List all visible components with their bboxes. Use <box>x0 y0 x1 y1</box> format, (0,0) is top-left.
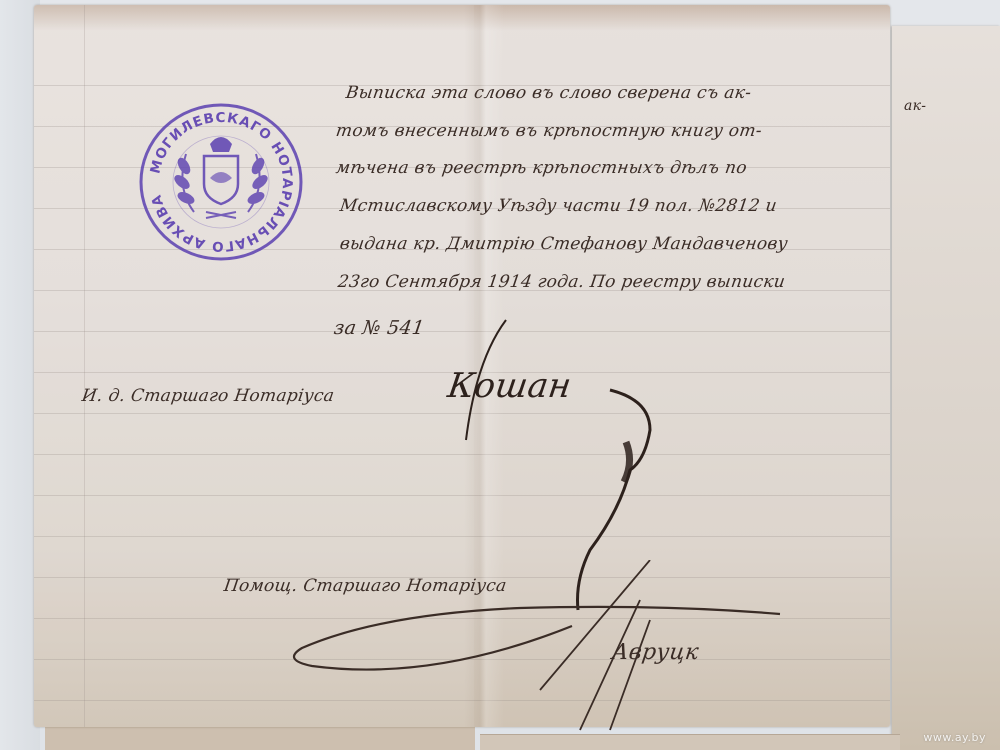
text-line-3: мѣчена въ реестрѣ крѣпостныхъ дѣлъ по <box>335 158 749 178</box>
text-line-7: за № 541 <box>332 317 426 339</box>
watermark: www.ay.by <box>923 731 986 744</box>
margin-line <box>84 5 85 727</box>
text-line-5: выдана кр. Дмитрію Стефанову Мандавченов… <box>339 234 790 254</box>
text-line-2: томъ внесеннымъ въ крѣпостную книгу от- <box>335 121 764 141</box>
signature-title-1: И. д. Старшаго Нотаріуса <box>81 386 336 406</box>
stamp-seal-icon: МОГИЛЕВСКАГО НОТАРІАЛЬНАГО АРХИВА <box>136 100 306 264</box>
text-line-1: Выписка эта слово въ слово сверена съ ак… <box>345 83 753 103</box>
text-line-6: 23го Сентября 1914 года. По реестру выпи… <box>337 272 787 292</box>
archive-stamp: МОГИЛЕВСКАГО НОТАРІАЛЬНАГО АРХИВА <box>136 100 306 264</box>
text-line-4: Мстиславскому Уѣзду части 19 пол. №2812 … <box>339 196 779 216</box>
adjacent-sheet-text: ак- <box>904 98 926 114</box>
signature-2: Авруцк <box>610 640 700 665</box>
signature-flourish-2-icon <box>280 560 800 740</box>
adjacent-sheet <box>892 26 1000 750</box>
